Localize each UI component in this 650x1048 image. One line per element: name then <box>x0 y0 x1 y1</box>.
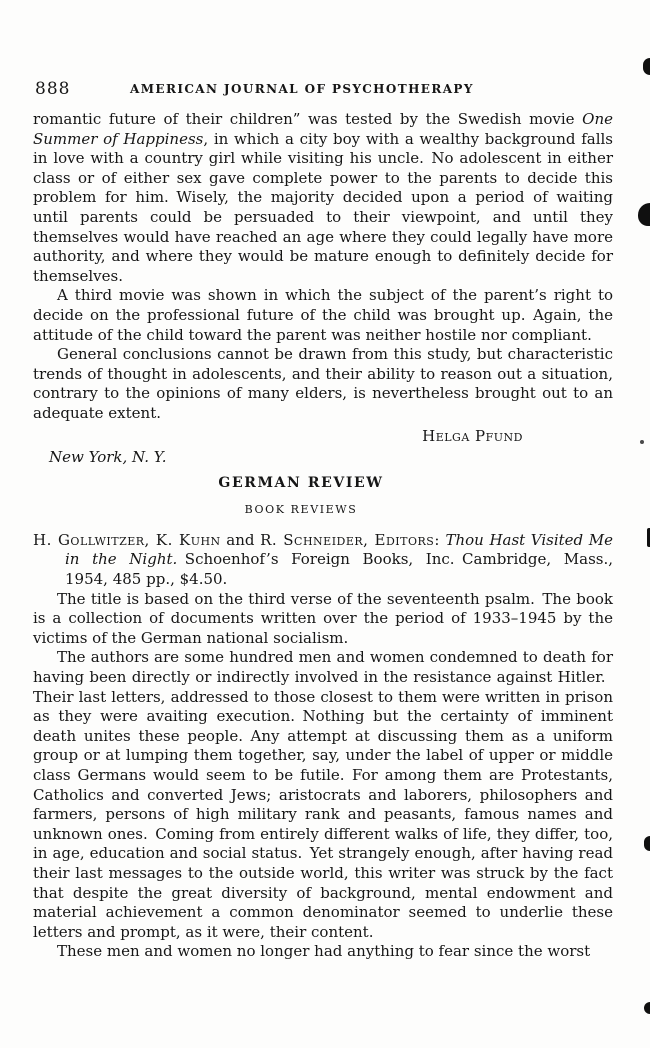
ink-smudge <box>644 836 650 851</box>
journal-title: AMERICAN JOURNAL OF PSYCHOTHERAPY <box>130 82 474 96</box>
ink-smudge <box>643 58 650 75</box>
ink-smudge <box>644 1002 650 1014</box>
review-paragraph: These men and women no longer had anythi… <box>33 942 613 962</box>
ink-speck <box>640 440 644 444</box>
scanned-journal-page: 888 AMERICAN JOURNAL OF PSYCHOTHERAPY ro… <box>0 0 650 1048</box>
article-paragraph: General conclusions cannot be drawn from… <box>33 345 613 423</box>
review-paragraph: The title is based on the third verse of… <box>33 590 613 649</box>
citation-authors: R. Schneider, Editors: <box>260 531 440 549</box>
section-title: GERMAN REVIEW <box>11 474 591 494</box>
running-head: 888 AMERICAN JOURNAL OF PSYCHOTHERAPY <box>0 79 650 99</box>
citation-authors: H. Gollwitzer, K. Kuhn <box>33 531 221 549</box>
author-signature: Helga Pfund <box>33 427 613 447</box>
article-paragraph-continuation: romantic future of their children” was t… <box>33 110 613 286</box>
page-content: romantic future of their children” was t… <box>33 110 613 962</box>
article-paragraph: A third movie was shown in which the sub… <box>33 286 613 345</box>
ink-smudge <box>638 203 650 226</box>
citation-conjunction: and <box>221 531 260 549</box>
review-body: The title is based on the third verse of… <box>33 590 613 962</box>
subsection-title: BOOK REVIEWS <box>11 500 591 520</box>
book-citation: H. Gollwitzer, K. Kuhn and R. Schneider,… <box>33 531 613 590</box>
paragraph-text: , in which a city boy with a wealthy bac… <box>33 130 613 285</box>
author-location: New York, N. Y. <box>33 448 613 468</box>
paragraph-text: romantic future of their children” was t… <box>33 110 582 128</box>
page-number: 888 <box>35 79 70 99</box>
review-paragraph: The authors are some hundred men and wom… <box>33 648 613 942</box>
